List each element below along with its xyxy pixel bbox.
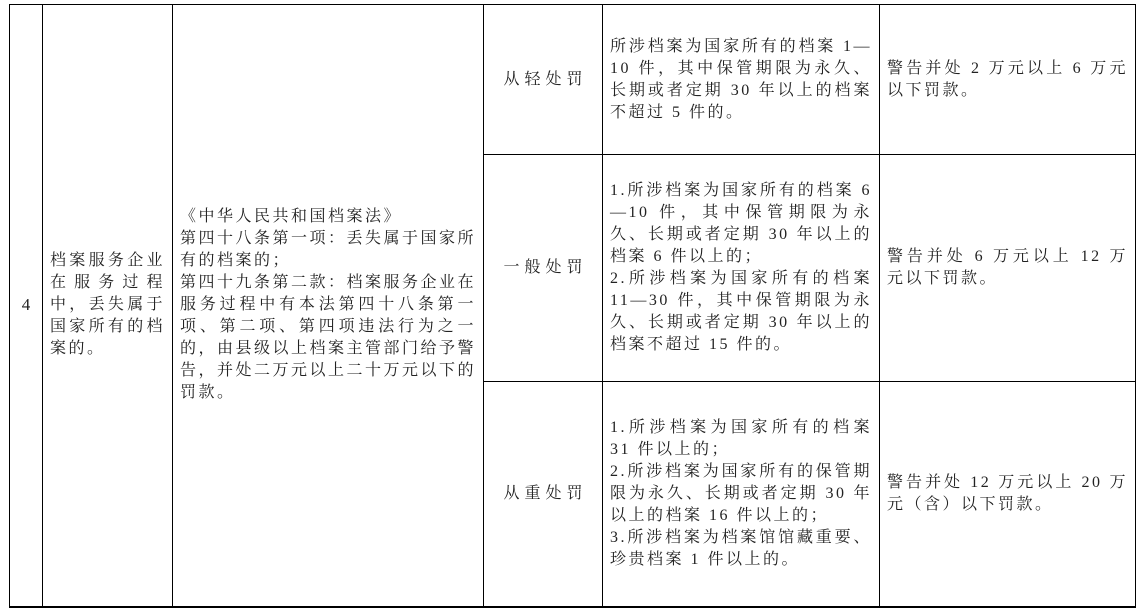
penalty-level-label-heavier: 从重处罚 (484, 382, 603, 607)
penalty-level-label-lighter: 从轻处罚 (484, 5, 603, 155)
legal-basis-cell: 《中华人民共和国档案法》 第四十八条第一项：丢失属于国家所有的档案的； 第四十九… (173, 5, 484, 607)
fine-amount-cell-general: 警告并处 6 万元以上 12 万元以下罚款。 (880, 155, 1136, 382)
penalty-condition-cell-lighter: 所涉档案为国家所有的档案 1—10 件，其中保管期限为永久、长期或者定期 30 … (603, 5, 880, 155)
fine-amount-cell-lighter: 警告并处 2 万元以上 6 万元以下罚款。 (880, 5, 1136, 155)
document-page: 4 档案服务企业在服务过程中，丢失属于国家所有的档案的。 《中华人民共和国档案法… (0, 0, 1141, 614)
penalty-level-label-general: 一般处罚 (484, 155, 603, 382)
row-number-cell: 4 (10, 5, 43, 607)
violation-description-cell: 档案服务企业在服务过程中，丢失属于国家所有的档案的。 (43, 5, 173, 607)
table-row-lighter-penalty: 4 档案服务企业在服务过程中，丢失属于国家所有的档案的。 《中华人民共和国档案法… (10, 5, 1136, 155)
fine-amount-cell-heavier: 警告并处 12 万元以上 20 万元（含）以下罚款。 (880, 382, 1136, 607)
penalty-condition-cell-general: 1.所涉档案为国家所有的档案 6—10 件，其中保管期限为永久、长期或者定期 3… (603, 155, 880, 382)
penalty-condition-cell-heavier: 1.所涉档案为国家所有的档案 31 件以上的； 2.所涉档案为国家所有的保管期限… (603, 382, 880, 607)
penalty-discretion-table: 4 档案服务企业在服务过程中，丢失属于国家所有的档案的。 《中华人民共和国档案法… (9, 4, 1136, 608)
